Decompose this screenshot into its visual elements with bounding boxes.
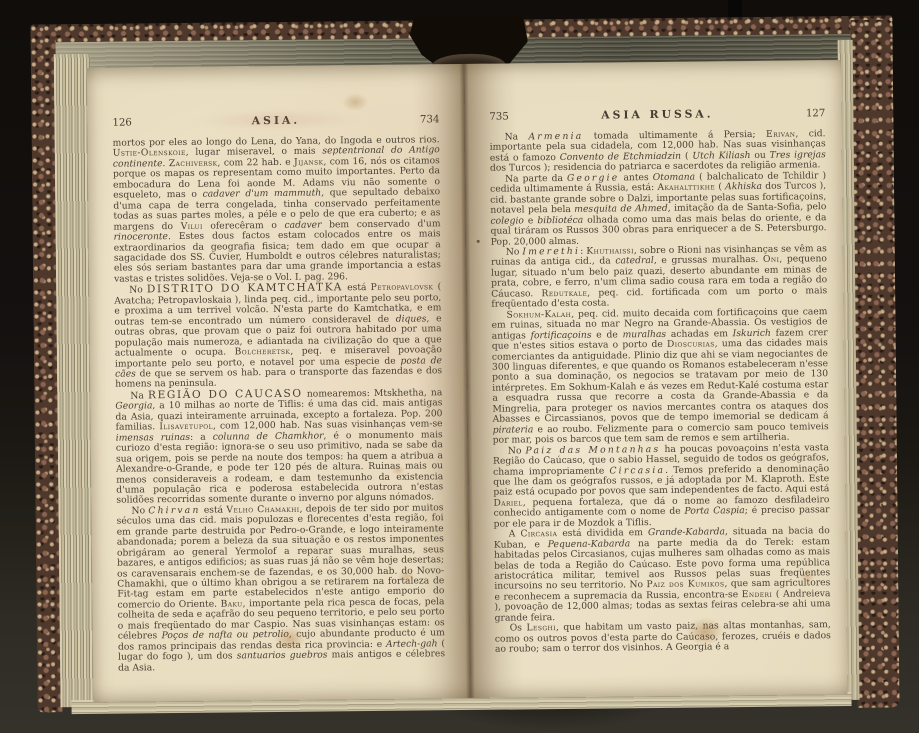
paragraph: Na parte da Georgie antes Otomana ( balc… xyxy=(490,171,827,248)
paragraph: No Paiz das Montanhas ha poucas povoaçoi… xyxy=(493,443,830,530)
paragraph: A Circasia está dividida em Grande-Kabar… xyxy=(494,526,831,624)
right-page: 735 ASIA RUSSA. 127 Na Armenia tomada ul… xyxy=(464,60,848,698)
paragraph: Sokhum-Kalah, peq. cid. muito decaida co… xyxy=(491,307,828,446)
printing-speck xyxy=(477,240,480,243)
paragraph: Na REGIÃO DO CAUCASO nomearemos: Mtskhet… xyxy=(115,387,443,506)
paragraph: Na Armenia tomada ultimamente á Persia; … xyxy=(490,129,826,174)
right-page-header: 735 ASIA RUSSA. 127 xyxy=(489,106,825,123)
left-page-text: mortos por eles ao longo do Lena, do Yan… xyxy=(113,135,446,674)
paragraph: Os Lesghi, que habitam um vasto paiz, na… xyxy=(495,620,831,655)
running-title: ASIA RUSSA. xyxy=(601,107,713,121)
paragraph: No DISTRITO DO KAMTCHATKA está Petropavl… xyxy=(114,282,442,391)
left-page: 126 ASIA. 734 mortos por eles ao longo d… xyxy=(87,64,471,702)
page-number: 126 xyxy=(112,117,132,128)
column-number: 735 xyxy=(489,112,509,123)
ink-offset-smudge xyxy=(191,109,361,131)
page-spread: 126 ASIA. 734 mortos por eles ao longo d… xyxy=(87,60,848,702)
paragraph: No Imerethi: Khuthaissi, sobre o Rioni n… xyxy=(491,244,828,310)
open-book: 126 ASIA. 734 mortos por eles ao longo d… xyxy=(30,16,899,717)
right-page-text: Na Armenia tomada ultimamente á Persia; … xyxy=(490,129,831,655)
paragraph: No Chirvan está Velho Chamakhi, depois d… xyxy=(116,503,445,674)
column-number: 734 xyxy=(420,114,440,125)
page-number: 127 xyxy=(806,108,826,119)
paragraph: mortos por eles ao longo do Lena, do Yan… xyxy=(113,135,442,285)
left-page-header: 126 ASIA. 734 xyxy=(112,112,439,128)
